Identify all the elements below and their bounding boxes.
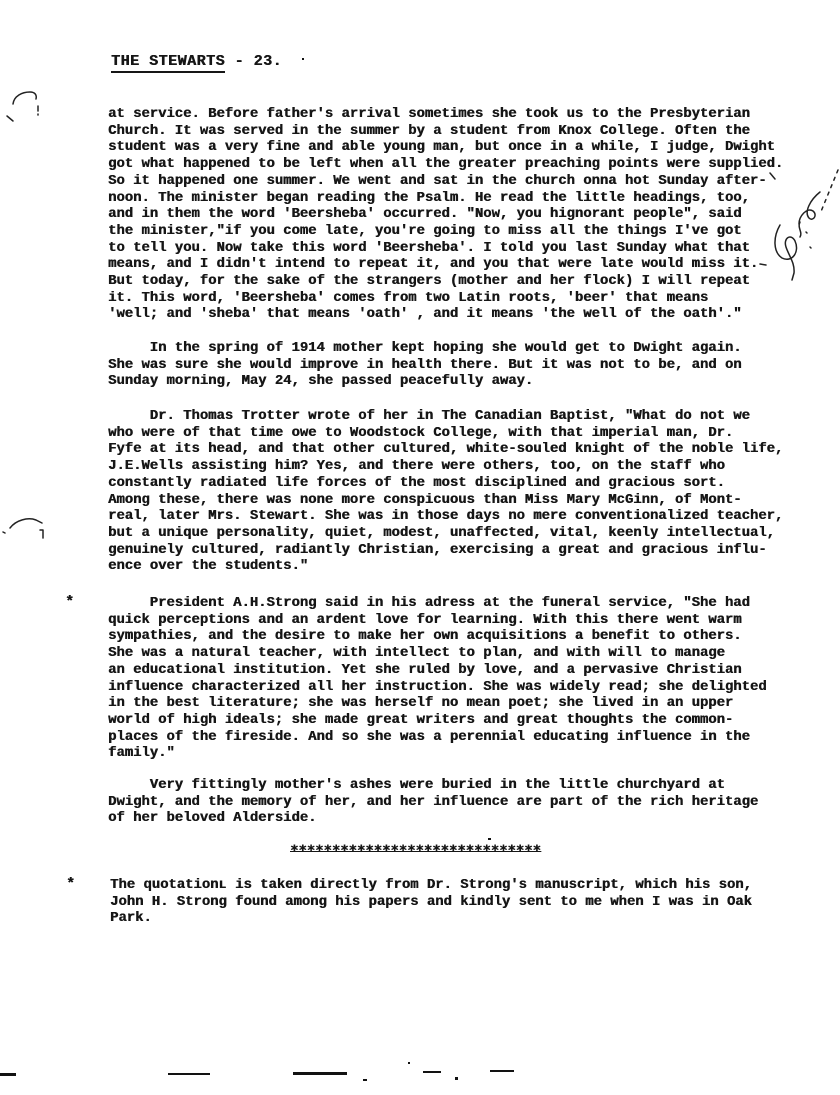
page-header: THE STEWARTS - 23.: [111, 53, 282, 70]
footnote-asterisk: *: [66, 877, 75, 894]
scan-dust-dot: [363, 1079, 367, 1081]
paragraph-ashes-buried: Very fittingly mother's ashes were burie…: [108, 777, 758, 827]
document-page: THE STEWARTS - 23. at service. Before fa…: [0, 0, 840, 1095]
pencil-mark-mid-left-icon: [0, 512, 50, 542]
scan-line-artifact: [293, 1072, 347, 1075]
footnote-text: The quotationʟ is taken directly from Dr…: [110, 877, 752, 927]
scan-dust-dot: [408, 1062, 410, 1064]
page-number: - 23.: [225, 53, 282, 70]
pencil-mark-top-left-icon: [0, 85, 50, 130]
margin-asterisk: *: [65, 595, 74, 612]
scan-line-artifact: [0, 1073, 16, 1076]
paragraph-strong-address: President A.H.Strong said in his adress …: [108, 595, 767, 762]
scan-line-artifact: [490, 1070, 514, 1072]
scan-line-artifact: [423, 1071, 441, 1073]
handwritten-annotation-right-icon: [750, 155, 840, 305]
scan-line-artifact: [168, 1073, 210, 1075]
paragraph-beersheba-story: at service. Before father's arrival some…: [108, 106, 783, 323]
document-title: THE STEWARTS: [111, 53, 225, 73]
paragraph-trotter-tribute: Dr. Thomas Trotter wrote of her in The C…: [108, 408, 783, 575]
scan-dust-dot: [302, 58, 304, 60]
asterisk-divider: ******************************: [290, 843, 541, 860]
scan-dust-dot: [488, 838, 491, 840]
paragraph-spring-1914: In the spring of 1914 mother kept hoping…: [108, 340, 742, 390]
scan-dust-dot: [455, 1077, 458, 1080]
